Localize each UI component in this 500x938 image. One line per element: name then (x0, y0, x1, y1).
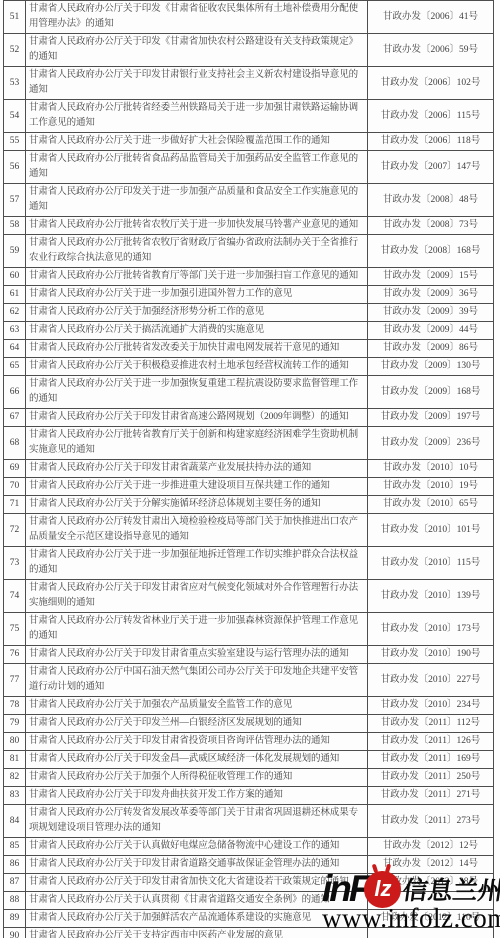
document-title-cell: 甘肃省人民政府办公厅关于加强个人所得税征收管理工作的通知 (26, 769, 368, 787)
document-title-cell: 甘肃省人民政府办公厅批转省农牧厅关于进一步加快发展马铃薯产业意见的通知 (26, 217, 368, 235)
document-number-cell: 甘政办发〔2012〕38号 (368, 874, 494, 892)
document-number-cell: 甘政办发〔2010〕227号 (368, 664, 494, 697)
document-title-cell: 甘肃省人民政府办公厅批转省教育厅等部门关于进一步加强扫盲工作意见的通知 (26, 268, 368, 286)
table-row: 56 甘肃省人民政府办公厅批转省食品药品监管局关于加强药品安全监管工作意见的通知… (4, 151, 494, 184)
table-row: 60 甘肃省人民政府办公厅批转省教育厅等部门关于进一步加强扫盲工作意见的通知 甘… (4, 268, 494, 286)
document-title-cell: 甘肃省人民政府办公厅关于印发兰州—白银经济区发展规划的通知 (26, 715, 368, 733)
document-number-cell: 甘政办发〔2011〕271号 (368, 787, 494, 805)
row-number-cell: 57 (4, 184, 26, 217)
row-number-cell: 56 (4, 151, 26, 184)
document-number-cell: 甘政办发〔2010〕101号 (368, 514, 494, 547)
table-row: 74 甘肃省人民政府办公厅关于印发甘肃省应对气候变化领域对外合作管理暂行办法实施… (4, 580, 494, 613)
document-title-cell: 甘肃省人民政府办公厅中国石油天然气集团公司办公厅关于印发地企共建平安管道行动计划… (26, 664, 368, 697)
document-title-cell: 甘肃省人民政府办公厅批转省教育厅关于创新和构建家庭经济困难学生资助机制实施意见的… (26, 427, 368, 460)
row-number-cell: 65 (4, 358, 26, 376)
row-number-cell: 76 (4, 646, 26, 664)
table-row: 61 甘肃省人民政府办公厅关于进一步加强引进国外智力工作的意见 甘政办发〔200… (4, 286, 494, 304)
table-row: 75 甘肃省人民政府办公厅转发省林业厅关于进一步加强森林资源保护管理工作意见的通… (4, 613, 494, 646)
document-title-cell: 甘肃省人民政府办公厅批转省发改委关于加快甘肃电网发展若干意见的通知 (26, 340, 368, 358)
table-row: 76 甘肃省人民政府办公厅关于印发甘肃省重点实验室建设与运行管理办法的通知 甘政… (4, 646, 494, 664)
row-number-cell: 84 (4, 805, 26, 838)
document-title-cell: 甘肃省人民政府办公厅关于印发甘肃省道路交通事故保证金管理办法的通知 (26, 856, 368, 874)
row-number-cell: 67 (4, 409, 26, 427)
table-row: 82 甘肃省人民政府办公厅关于加强个人所得税征收管理工作的通知 甘政办发〔201… (4, 769, 494, 787)
document-title-cell: 甘肃省人民政府办公厅关于印发舟曲扶贫开发工作方案的通知 (26, 787, 368, 805)
row-number-cell: 69 (4, 460, 26, 478)
table-row: 68 甘肃省人民政府办公厅批转省教育厅关于创新和构建家庭经济困难学生资助机制实施… (4, 427, 494, 460)
document-number-cell: 甘政办发〔2011〕273号 (368, 805, 494, 838)
document-title-cell: 甘肃省人民政府办公厅转发省林业厅关于进一步加强森林资源保护管理工作意见的通知 (26, 613, 368, 646)
document-number-cell: 甘政办发〔2010〕19号 (368, 478, 494, 496)
document-title-cell: 甘肃省人民政府办公厅关于搞活流通扩大消费的实施意见 (26, 322, 368, 340)
document-title-cell: 甘肃省人民政府办公厅批转省农牧厅省财政厅省编办省政府法制办关于全省推行农业行政综… (26, 235, 368, 268)
row-number-cell: 82 (4, 769, 26, 787)
document-number-cell: 甘政办发〔2009〕44号 (368, 322, 494, 340)
table-row: 53 甘肃省人民政府办公厅关于印发甘肃银行业支持社会主义新农村建设指导意见的通知… (4, 67, 494, 100)
document-number-cell: 甘政办发〔2006〕41号 (368, 1, 494, 34)
table-row: 64 甘肃省人民政府办公厅批转省发改委关于加快甘肃电网发展若干意见的通知 甘政办… (4, 340, 494, 358)
table-row: 57 甘肃省人民政府办公厅印发关于进一步加强产品质量和食品安全工作实施意见的通知… (4, 184, 494, 217)
document-number-cell: 甘政办发〔2006〕115号 (368, 100, 494, 133)
document-title-cell: 甘肃省人民政府办公厅关于进一步推进重大建设项目互保共建工作的通知 (26, 478, 368, 496)
document-title-cell: 甘肃省人民政府办公厅关于印发甘肃省加快文化大省建设若干政策规定的通知 (26, 874, 368, 892)
document-title-cell: 甘肃省人民政府办公厅关于印发《甘肃省征收农民集体所有土地补偿费用分配使用管理办法… (26, 1, 368, 34)
document-title-cell: 甘肃省人民政府办公厅批转省经委兰州铁路局关于进一步加强甘肃铁路运输协调工作意见的… (26, 100, 368, 133)
document-title-cell: 甘肃省人民政府办公厅关于进一步加强引进国外智力工作的意见 (26, 286, 368, 304)
document-number-cell: 甘政办发〔2010〕234号 (368, 697, 494, 715)
table-row: 54 甘肃省人民政府办公厅批转省经委兰州铁路局关于进一步加强甘肃铁路运输协调工作… (4, 100, 494, 133)
document-number-cell: 甘政办发〔2010〕139号 (368, 580, 494, 613)
document-title-cell: 甘肃省人民政府办公厅关于印发甘肃银行业支持社会主义新农村建设指导意见的通知 (26, 67, 368, 100)
government-document-table: 51 甘肃省人民政府办公厅关于印发《甘肃省征收农民集体所有土地补偿费用分配使用管… (3, 0, 494, 938)
document-table-body: 51 甘肃省人民政府办公厅关于印发《甘肃省征收农民集体所有土地补偿费用分配使用管… (4, 1, 494, 938)
row-number-cell: 83 (4, 787, 26, 805)
document-number-cell: 甘政办发〔2012〕110号 (368, 910, 494, 928)
document-number-cell: 甘政办发〔2011〕250号 (368, 769, 494, 787)
table-row: 86 甘肃省人民政府办公厅关于印发甘肃省道路交通事故保证金管理办法的通知 甘政办… (4, 856, 494, 874)
table-row: 83 甘肃省人民政府办公厅关于印发舟曲扶贫开发工作方案的通知 甘政办发〔2011… (4, 787, 494, 805)
table-row: 67 甘肃省人民政府办公厅关于印发甘肃省高速公路网规划（2009年调整）的通知 … (4, 409, 494, 427)
document-number-cell: 甘政办发〔2010〕190号 (368, 646, 494, 664)
row-number-cell: 81 (4, 751, 26, 769)
document-title-cell: 甘肃省人民政府办公厅转发甘肃出入境检验检疫局等部门关于加快推进出口农产品质量安全… (26, 514, 368, 547)
document-title-cell: 甘肃省人民政府办公厅关于印发甘肃省蔬菜产业发展扶持办法的通知 (26, 460, 368, 478)
document-number-cell: 甘政办发〔2011〕112号 (368, 715, 494, 733)
row-number-cell: 60 (4, 268, 26, 286)
document-title-cell: 甘肃省人民政府办公厅关于印发甘肃省重点实验室建设与运行管理办法的通知 (26, 646, 368, 664)
row-number-cell: 87 (4, 874, 26, 892)
document-number-cell: 甘政办发〔2012〕12号 (368, 838, 494, 856)
row-number-cell: 58 (4, 217, 26, 235)
table-row: 51 甘肃省人民政府办公厅关于印发《甘肃省征收农民集体所有土地补偿费用分配使用管… (4, 1, 494, 34)
table-row: 80 甘肃省人民政府办公厅关于印发甘肃省投资项目咨询评估管理办法的通知 甘政办发… (4, 733, 494, 751)
document-number-cell: 甘政办发〔2009〕197号 (368, 409, 494, 427)
document-title-cell: 甘肃省人民政府办公厅关于加强经济形势分析工作的意见 (26, 304, 368, 322)
document-title-cell: 甘肃省人民政府办公厅印发关于进一步加强产品质量和食品安全工作实施意见的通知 (26, 184, 368, 217)
row-number-cell: 53 (4, 67, 26, 100)
row-number-cell: 51 (4, 1, 26, 34)
row-number-cell: 71 (4, 496, 26, 514)
row-number-cell: 89 (4, 910, 26, 928)
table-row: 55 甘肃省人民政府办公厅关于进一步做好扩大社会保险覆盖范围工作的通知 甘政办发… (4, 133, 494, 151)
document-title-cell: 甘肃省人民政府办公厅关于印发甘肃省应对气候变化领域对外合作管理暂行办法实施细则的… (26, 580, 368, 613)
table-row: 72 甘肃省人民政府办公厅转发甘肃出入境检验检疫局等部门关于加快推进出口农产品质… (4, 514, 494, 547)
row-number-cell: 72 (4, 514, 26, 547)
document-title-cell: 甘肃省人民政府办公厅关于支持定西市中医药产业发展的意见 (26, 928, 368, 938)
document-title-cell: 甘肃省人民政府办公厅关于认真贯彻《甘肃省道路交通安全条例》的通知 (26, 892, 368, 910)
table-row: 69 甘肃省人民政府办公厅关于印发甘肃省蔬菜产业发展扶持办法的通知 甘政办发〔2… (4, 460, 494, 478)
row-number-cell: 66 (4, 376, 26, 409)
row-number-cell: 90 (4, 928, 26, 938)
row-number-cell: 63 (4, 322, 26, 340)
document-number-cell: 甘政办发〔2006〕118号 (368, 133, 494, 151)
row-number-cell: 80 (4, 733, 26, 751)
document-title-cell: 甘肃省人民政府办公厅关于加强农产品质量安全监管工作的意见 (26, 697, 368, 715)
document-title-cell: 甘肃省人民政府办公厅批转省食品药品监管局关于加强药品安全监管工作意见的通知 (26, 151, 368, 184)
table-row: 62 甘肃省人民政府办公厅关于加强经济形势分析工作的意见 甘政办发〔2009〕3… (4, 304, 494, 322)
document-title-cell: 甘肃省人民政府办公厅关于进一步加强恢复重建工程抗震设防要求监督管理工作的通知 (26, 376, 368, 409)
document-number-cell: 甘政办发〔2010〕10号 (368, 460, 494, 478)
row-number-cell: 64 (4, 340, 26, 358)
document-number-cell: 甘政办发〔2009〕36号 (368, 286, 494, 304)
row-number-cell: 62 (4, 304, 26, 322)
document-number-cell: 甘政办发〔2011〕126号 (368, 733, 494, 751)
row-number-cell: 55 (4, 133, 26, 151)
row-number-cell: 77 (4, 664, 26, 697)
document-number-cell: 甘政办发〔2006〕102号 (368, 67, 494, 100)
row-number-cell: 52 (4, 34, 26, 67)
table-row: 63 甘肃省人民政府办公厅关于搞活流通扩大消费的实施意见 甘政办发〔2009〕4… (4, 322, 494, 340)
document-number-cell: 甘政办发〔2010〕173号 (368, 613, 494, 646)
document-title-cell: 甘肃省人民政府办公厅关于印发金昌—武威区域经济一体化发展规划的通知 (26, 751, 368, 769)
document-title-cell: 甘肃省人民政府办公厅关于认真做好电煤应急储备物流中心建设工作的通知 (26, 838, 368, 856)
table-row: 81 甘肃省人民政府办公厅关于印发金昌—武威区域经济一体化发展规划的通知 甘政办… (4, 751, 494, 769)
document-title-cell: 甘肃省人民政府办公厅关于进一步加强征地拆迁管理工作切实维护群众合法权益的通知 (26, 547, 368, 580)
document-title-cell: 甘肃省人民政府办公厅关于加强鲜活农产品流通体系建设的实施意见 (26, 910, 368, 928)
row-number-cell: 73 (4, 547, 26, 580)
table-row: 78 甘肃省人民政府办公厅关于加强农产品质量安全监管工作的意见 甘政办发〔201… (4, 697, 494, 715)
table-row: 70 甘肃省人民政府办公厅关于进一步推进重大建设项目互保共建工作的通知 甘政办发… (4, 478, 494, 496)
document-number-cell: 甘政办发〔2011〕169号 (368, 751, 494, 769)
document-number-cell (368, 892, 494, 910)
table-row: 71 甘肃省人民政府办公厅关于分解实施循环经济总体规划主要任务的通知 甘政办发〔… (4, 496, 494, 514)
table-row: 77 甘肃省人民政府办公厅中国石油天然气集团公司办公厅关于印发地企共建平安管道行… (4, 664, 494, 697)
row-number-cell: 68 (4, 427, 26, 460)
document-number-cell: 甘政办发〔2009〕39号 (368, 304, 494, 322)
document-number-cell: 甘政办发〔2009〕168号 (368, 376, 494, 409)
row-number-cell: 85 (4, 838, 26, 856)
document-number-cell: 甘政办发〔2010〕65号 (368, 496, 494, 514)
table-row: 89 甘肃省人民政府办公厅关于加强鲜活农产品流通体系建设的实施意见 甘政办发〔2… (4, 910, 494, 928)
row-number-cell: 74 (4, 580, 26, 613)
row-number-cell: 75 (4, 613, 26, 646)
document-number-cell: 甘政办发〔2009〕86号 (368, 340, 494, 358)
document-title-cell: 甘肃省人民政府办公厅关于分解实施循环经济总体规划主要任务的通知 (26, 496, 368, 514)
document-number-cell: 甘政办发〔2012〕14号 (368, 856, 494, 874)
row-number-cell: 78 (4, 697, 26, 715)
table-row: 58 甘肃省人民政府办公厅批转省农牧厅关于进一步加快发展马铃薯产业意见的通知 甘… (4, 217, 494, 235)
document-number-cell: 甘政办发〔2010〕115号 (368, 547, 494, 580)
table-row: 79 甘肃省人民政府办公厅关于印发兰州—白银经济区发展规划的通知 甘政办发〔20… (4, 715, 494, 733)
document-number-cell (368, 928, 494, 938)
row-number-cell: 59 (4, 235, 26, 268)
document-title-cell: 甘肃省人民政府办公厅关于印发甘肃省高速公路网规划（2009年调整）的通知 (26, 409, 368, 427)
table-row: 90 甘肃省人民政府办公厅关于支持定西市中医药产业发展的意见 (4, 928, 494, 938)
table-row: 73 甘肃省人民政府办公厅关于进一步加强征地拆迁管理工作切实维护群众合法权益的通… (4, 547, 494, 580)
document-number-cell: 甘政办发〔2006〕59号 (368, 34, 494, 67)
row-number-cell: 61 (4, 286, 26, 304)
row-number-cell: 79 (4, 715, 26, 733)
table-row: 88 甘肃省人民政府办公厅关于认真贯彻《甘肃省道路交通安全条例》的通知 (4, 892, 494, 910)
row-number-cell: 86 (4, 856, 26, 874)
document-number-cell: 甘政办发〔2008〕168号 (368, 235, 494, 268)
table-row: 85 甘肃省人民政府办公厅关于认真做好电煤应急储备物流中心建设工作的通知 甘政办… (4, 838, 494, 856)
document-number-cell: 甘政办发〔2009〕15号 (368, 268, 494, 286)
table-row: 59 甘肃省人民政府办公厅批转省农牧厅省财政厅省编办省政府法制办关于全省推行农业… (4, 235, 494, 268)
table-row: 87 甘肃省人民政府办公厅关于印发甘肃省加快文化大省建设若干政策规定的通知 甘政… (4, 874, 494, 892)
document-number-cell: 甘政办发〔2008〕73号 (368, 217, 494, 235)
document-number-cell: 甘政办发〔2009〕236号 (368, 427, 494, 460)
document-number-cell: 甘政办发〔2007〕147号 (368, 151, 494, 184)
document-title-cell: 甘肃省人民政府办公厅转发省发展改革委等部门关于甘肃省巩固退耕还林成果专项规划建设… (26, 805, 368, 838)
table-row: 84 甘肃省人民政府办公厅转发省发展改革委等部门关于甘肃省巩固退耕还林成果专项规… (4, 805, 494, 838)
document-title-cell: 甘肃省人民政府办公厅关于印发甘肃省投资项目咨询评估管理办法的通知 (26, 733, 368, 751)
document-number-cell: 甘政办发〔2008〕48号 (368, 184, 494, 217)
table-row: 66 甘肃省人民政府办公厅关于进一步加强恢复重建工程抗震设防要求监督管理工作的通… (4, 376, 494, 409)
document-title-cell: 甘肃省人民政府办公厅关于进一步做好扩大社会保险覆盖范围工作的通知 (26, 133, 368, 151)
row-number-cell: 54 (4, 100, 26, 133)
document-title-cell: 甘肃省人民政府办公厅关于积极稳妥推进农村土地承包经营权流转工作的通知 (26, 358, 368, 376)
table-row: 52 甘肃省人民政府办公厅关于印发《甘肃省加快农村公路建设有关支持政策规定》的通… (4, 34, 494, 67)
table-row: 65 甘肃省人民政府办公厅关于积极稳妥推进农村土地承包经营权流转工作的通知 甘政… (4, 358, 494, 376)
row-number-cell: 88 (4, 892, 26, 910)
row-number-cell: 70 (4, 478, 26, 496)
document-number-cell: 甘政办发〔2009〕130号 (368, 358, 494, 376)
document-title-cell: 甘肃省人民政府办公厅关于印发《甘肃省加快农村公路建设有关支持政策规定》的通知 (26, 34, 368, 67)
